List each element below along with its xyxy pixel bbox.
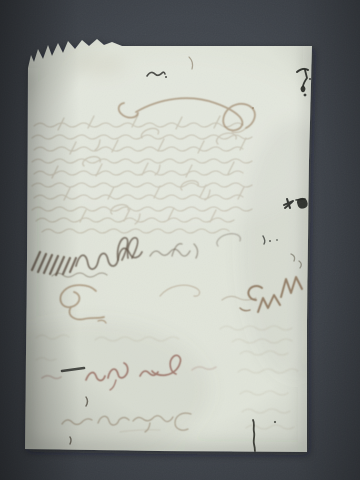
manuscript-photo [0, 0, 360, 480]
photo-stage [0, 0, 360, 480]
photo-grain-overlay [0, 0, 360, 480]
